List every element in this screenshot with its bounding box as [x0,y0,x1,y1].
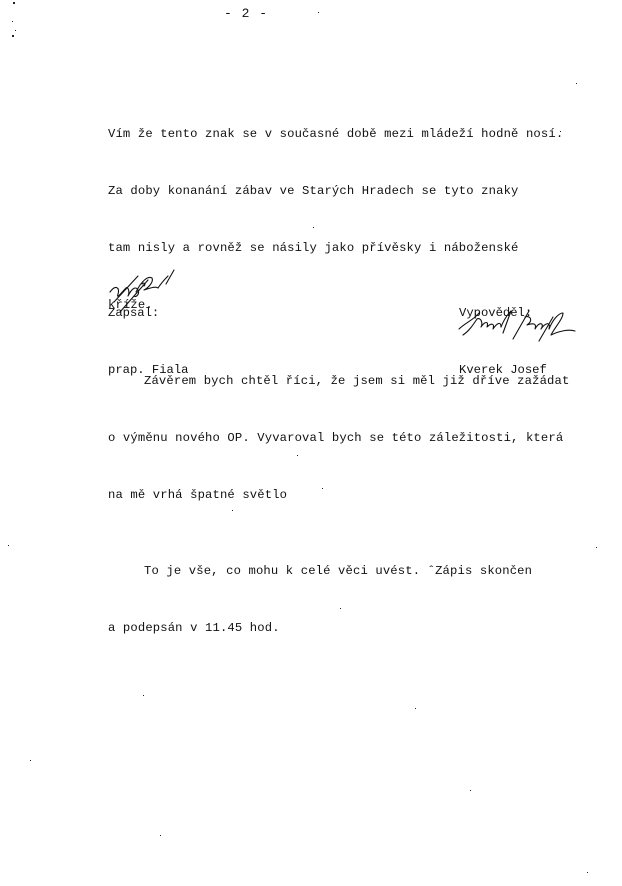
text-line: tam nisly a rovněž se násily jako přívěs… [108,239,598,258]
scan-speck [12,35,14,37]
text-line: o výměnu nového OP. Vyvaroval bych se té… [108,429,598,448]
text-line: a podepsán v 11.45 hod. [108,619,598,638]
scan-speck [15,30,16,31]
scan-speck [470,790,471,791]
recorder-name: prap. Fiala [108,361,188,380]
handwritten-signature-icon [455,307,585,347]
handwritten-signature-icon [108,262,198,322]
scan-speck [318,12,319,13]
scan-speck [340,608,341,609]
scan-speck [160,835,161,836]
scan-speck [297,455,298,456]
page-number: - 2 - [224,6,268,21]
text-line: Vím že tento znak se v současné době mez… [108,125,598,144]
scan-speck [13,2,15,4]
scan-speck [560,131,561,132]
scan-speck [596,547,597,548]
text-line: To je vše, co mohu k celé věci uvést. ˆZ… [108,562,598,581]
scan-speck [322,488,323,489]
witness-name: Kverek Josef [459,361,547,380]
scan-speck [30,760,31,761]
text-line: na mě vrhá špatné světlo [108,486,598,505]
scan-speck [8,545,9,546]
scan-speck [143,695,144,696]
scan-speck [587,872,588,873]
scan-speck [313,227,314,228]
scan-speck [415,708,416,709]
document-page: - 2 - Vím že tento znak se v současné do… [0,0,622,886]
scan-speck [576,83,577,84]
text-line: Za doby konanání zábav ve Starých Hradec… [108,182,598,201]
scan-speck [12,21,13,22]
scan-speck [232,510,233,511]
